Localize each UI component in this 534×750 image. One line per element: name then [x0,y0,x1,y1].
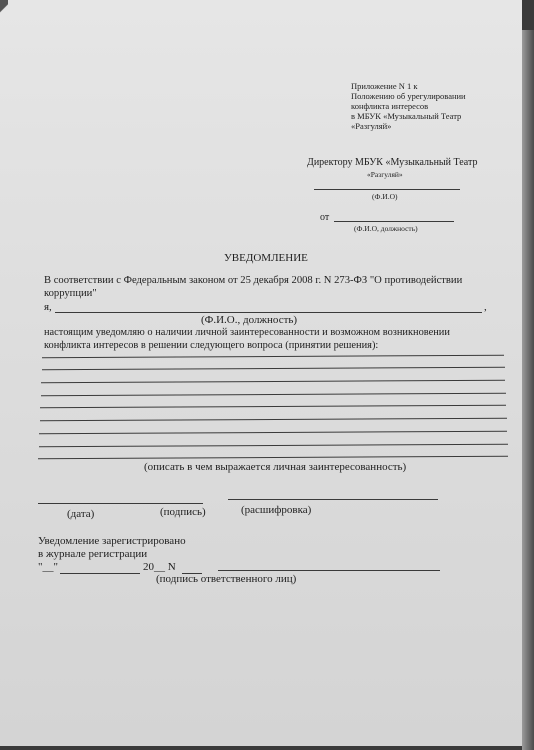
fio-position-caption: (Ф.И.О., должность) [201,314,297,326]
responsible-sign-line[interactable] [218,570,440,571]
from-fio-line[interactable] [334,221,454,222]
desk-background [522,30,534,750]
date-sign-line[interactable] [38,503,203,504]
addressee-line-2: «Разгуляй» [367,170,403,179]
description-line[interactable] [42,367,505,370]
responsible-caption: (подпись ответственного лиц) [156,573,296,585]
fio-position-line[interactable] [55,312,482,313]
date-caption: (дата) [67,508,94,520]
notify-line-2: конфликта интересов в решении следующего… [44,340,378,351]
description-line[interactable] [40,405,506,408]
description-line[interactable] [39,431,507,434]
addressee-line-1: Директору МБУК «Музыкальный Театр [307,157,477,168]
description-line[interactable] [38,456,508,459]
page-fold [0,0,8,18]
description-line[interactable] [42,355,504,358]
description-line[interactable] [39,444,508,447]
registration-month-line[interactable] [60,573,140,574]
description-line[interactable] [40,418,507,421]
registration-day-blank: "__" [38,561,58,573]
registration-year-number: 20__ N [143,561,176,573]
appendix-line-4: в МБУК «Музыкальный Театр [351,111,461,121]
registration-line-1: Уведомление зарегистрировано [38,535,186,547]
intro-line-1: В соответствии с Федеральным законом от … [44,275,462,286]
decode-caption: (расшифровка) [241,504,311,516]
decode-line[interactable] [228,499,438,500]
document-page: Приложение N 1 к Положению об урегулиров… [0,0,522,746]
describe-caption: (описать в чем выражается личная заинтер… [144,461,406,473]
description-line[interactable] [41,393,506,396]
registration-line-2: в журнале регистрации [38,548,147,560]
i-comma: , [484,301,487,313]
appendix-line-5: «Разгуляй» [351,121,391,131]
intro-line-2: коррупции" [44,288,97,299]
sign-caption: (подпись) [160,506,206,518]
i-label: я, [44,301,52,313]
document-title: УВЕДОМЛЕНИЕ [224,252,308,264]
appendix-line-2: Положению об урегулировании [351,91,466,101]
appendix-line-1: Приложение N 1 к [351,81,418,91]
appendix-line-3: конфликта интересов [351,101,428,111]
notify-line-1: настоящим уведомляю о наличии личной заи… [44,327,450,338]
description-line[interactable] [41,380,505,383]
director-fio-line[interactable] [314,189,460,190]
from-caption: (Ф.И.О, должность) [354,224,418,233]
director-fio-caption: (Ф.И.О) [372,192,398,201]
from-label: от [320,212,329,223]
